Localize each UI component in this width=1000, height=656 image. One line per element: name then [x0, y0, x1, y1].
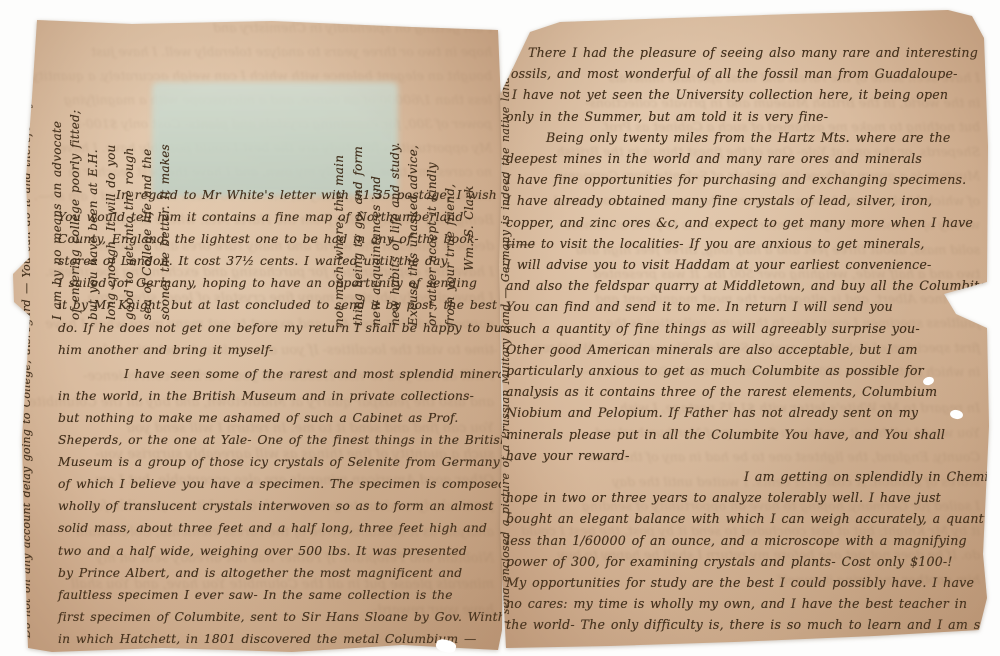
left-page-body: In regard to Mr White's letter with $1.3… [58, 184, 504, 650]
paragraph-hartz-mines-columbite: Being only twenty miles from the Hartz M… [506, 127, 988, 466]
letter-left-page: I am getting on splendidly in Chemistry … [12, 8, 506, 656]
right-page-body: There I had the pleasure of seeing also … [506, 42, 988, 636]
right-page-wrap: I have seen some of the rarest and most … [494, 6, 994, 652]
paragraph-fossils: There I had the pleasure of seeing also … [506, 42, 988, 84]
paragraph-map-postage: In regard to Mr White's letter with $1.3… [58, 184, 504, 361]
paragraph-british-museum-minerals: I have seen some of the rarest and most … [58, 363, 504, 650]
paragraph-chemistry-studies: I am getting on splendidly in Chemistry … [506, 466, 988, 636]
letter-right-page: I have seen some of the rarest and most … [494, 6, 994, 652]
left-page-wrap: I am getting on splendidly in Chemistry … [12, 8, 506, 656]
letter-scan: I am getting on splendidly in Chemistry … [0, 0, 1000, 656]
paragraph-university-collection: I have not yet seen the University colle… [506, 84, 988, 126]
left-margin-note: Do not on any account delay going to Col… [20, 38, 35, 638]
gutter-note-haddam-minerals: I should like beside Haddam minerals a f… [494, 368, 503, 640]
